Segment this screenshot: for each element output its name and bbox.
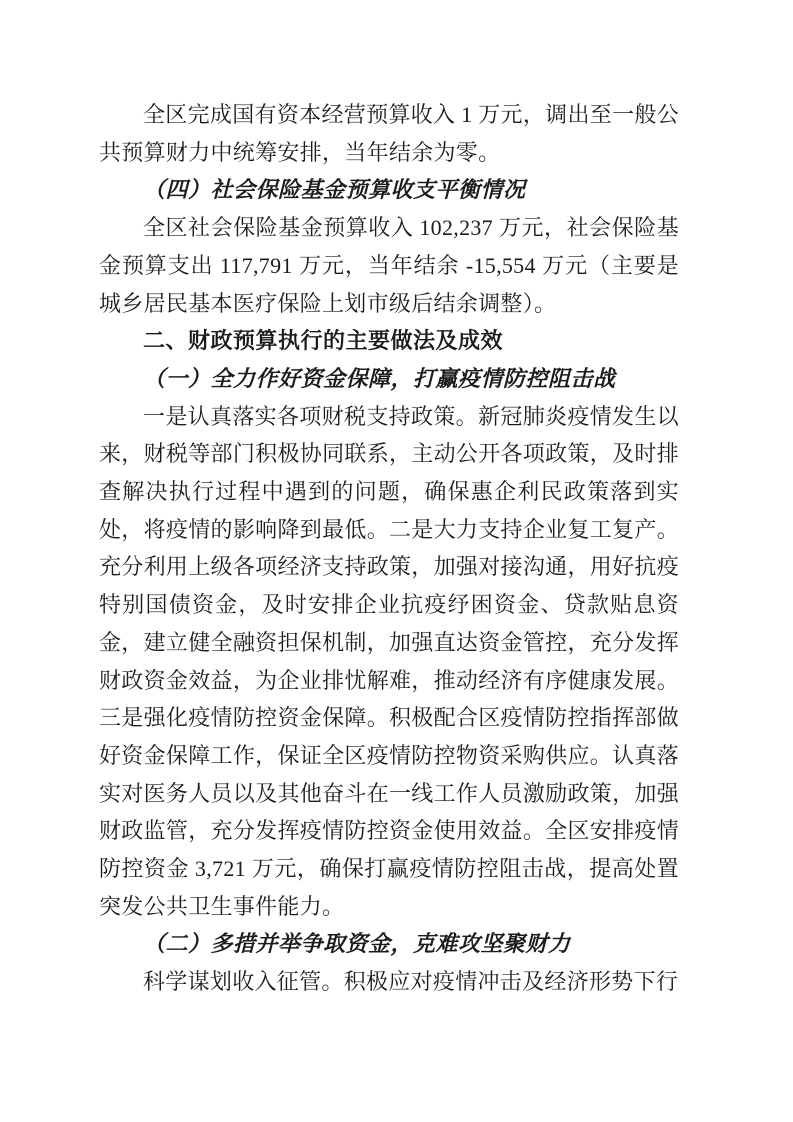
document-page: 全区完成国有资本经营预算收入 1 万元，调出至一般公共预算财力中统筹安排，当年结… [0,0,793,1122]
subsection-heading-1-fund-guarantee: （一）全力作好资金保障，打赢疫情防控阻击战 [99,360,679,398]
paragraph-state-capital-budget: 全区完成国有资本经营预算收入 1 万元，调出至一般公共预算财力中统筹安排，当年结… [99,96,679,171]
document-body: 全区完成国有资本经营预算收入 1 万元，调出至一般公共预算财力中统筹安排，当年结… [99,96,679,1001]
subsection-heading-4-social-insurance: （四）社会保险基金预算收支平衡情况 [99,171,679,209]
section-heading-2-budget-execution: 二、财政预算执行的主要做法及成效 [99,322,679,360]
paragraph-social-insurance-figures: 全区社会保险基金预算收入 102,237 万元，社会保险基金预算支出 117,7… [99,209,679,322]
paragraph-revenue-planning: 科学谋划收入征管。积极应对疫情冲击及经济形势下行 [99,963,679,1001]
paragraph-epidemic-fund-measures: 一是认真落实各项财税支持政策。新冠肺炎疫情发生以来，财税等部门积极协同联系，主动… [99,398,679,926]
subsection-heading-2-raise-funds: （二）多措并举争取资金，克难攻坚聚财力 [99,925,679,963]
